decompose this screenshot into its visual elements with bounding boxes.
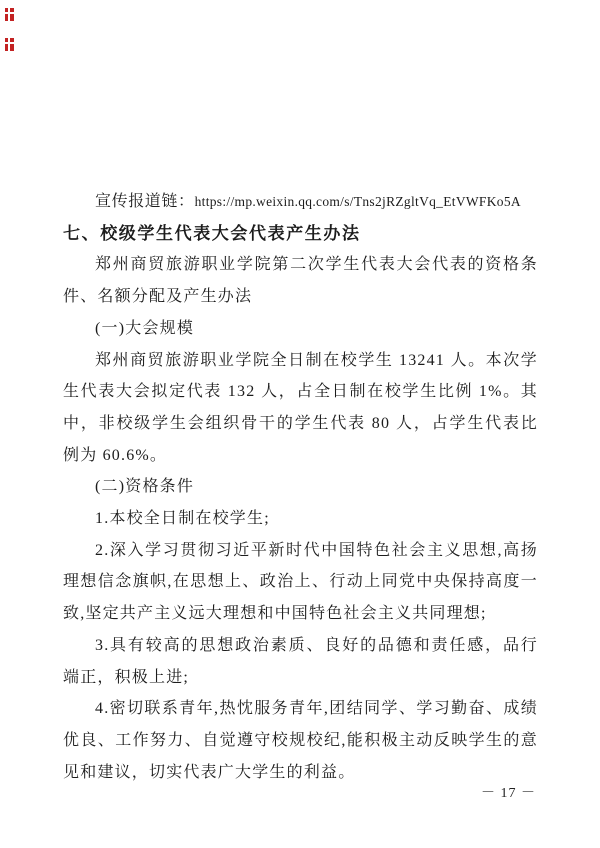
qualification-item-2: 2.深入学习贯彻习近平新时代中国特色社会主义思想,高扬理想信念旗帜,在思想上、政… bbox=[63, 535, 538, 630]
document-body: 宣传报道链：https://mp.weixin.qq.com/s/Tns2jRZ… bbox=[63, 186, 538, 788]
paragraph-scale: 郑州商贸旅游职业学院全日制在校学生 13241 人。本次学生代表大会拟定代表 1… bbox=[63, 345, 538, 472]
publicity-report-url: https://mp.weixin.qq.com/s/Tns2jRZgltVq_… bbox=[195, 194, 521, 209]
page-number: － 17 － bbox=[481, 782, 536, 802]
qualification-item-4: 4.密切联系青年,热忱服务青年,团结同学、学习勤奋、成绩优良、工作努力、自觉遵守… bbox=[63, 693, 538, 788]
qualification-item-3: 3.具有较高的思想政治素质、良好的品德和责任感，品行端正，积极上进; bbox=[63, 630, 538, 693]
section-heading: 七、校级学生代表大会代表产生办法 bbox=[63, 218, 538, 250]
red-seal-fragment-bottom-icon bbox=[5, 38, 14, 51]
publicity-report-link-label: 宣传报道链： bbox=[95, 193, 195, 210]
subsection-title-qualifications: (二)资格条件 bbox=[63, 471, 538, 503]
subsection-title-scale: (一)大会规模 bbox=[63, 313, 538, 345]
paragraph-intro: 郑州商贸旅游职业学院第二次学生代表大会代表的资格条件、名额分配及产生办法 bbox=[63, 249, 538, 312]
document-page: 宣传报道链：https://mp.weixin.qq.com/s/Tns2jRZ… bbox=[0, 0, 600, 848]
red-seal-fragment-top-icon bbox=[5, 8, 14, 21]
qualification-item-1: 1.本校全日制在校学生; bbox=[63, 503, 538, 535]
publicity-report-link-line: 宣传报道链：https://mp.weixin.qq.com/s/Tns2jRZ… bbox=[63, 186, 538, 218]
